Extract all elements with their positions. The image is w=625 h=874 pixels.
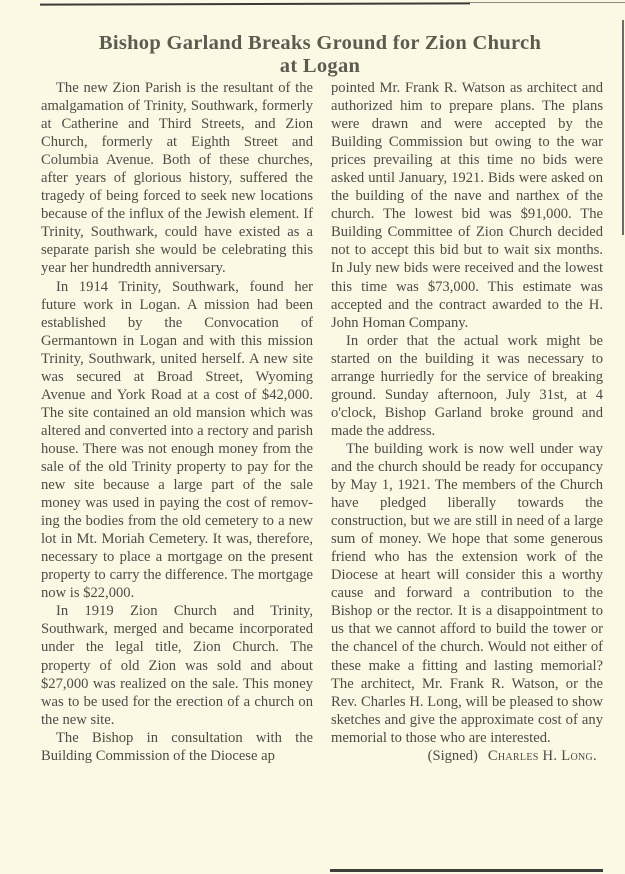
paragraph-breaking-ground: In order that the actual work might be s…	[331, 332, 603, 440]
top-rule	[40, 2, 470, 5]
signature-name: Charles H. Long.	[488, 748, 597, 764]
paragraph-1919-merger: In 1919 Zion Church and Trinity, Southwa…	[41, 602, 313, 728]
paragraph-building-progress: The building work is now well under way …	[331, 440, 603, 747]
paragraph-logan-mission: In 1914 Trinity, Southwark, found her fu…	[41, 278, 313, 603]
page-edge-line	[622, 20, 624, 235]
paragraph-architect-bids: pointed Mr. Frank R. Watson as archi­tec…	[331, 79, 603, 332]
signature: (Signed)Charles H. Long.	[331, 747, 603, 765]
signature-prefix: (Signed)	[428, 748, 478, 764]
left-column: The new Zion Parish is the resultant of …	[41, 79, 313, 765]
right-column: pointed Mr. Frank R. Watson as archi­tec…	[331, 79, 603, 765]
bottom-rule	[330, 869, 603, 872]
article-title-line-2: at Logan	[280, 55, 360, 77]
article-title: Bishop Garland Breaks Ground for Zion Ch…	[40, 32, 600, 78]
paragraph-parish-origin: The new Zion Parish is the resultant of …	[41, 79, 313, 278]
top-rule-tail	[470, 2, 625, 3]
article-title-line-1: Bishop Garland Breaks Ground for Zion Ch…	[99, 32, 541, 54]
paragraph-bishop-consultation: The Bishop in consultation with the Buil…	[41, 729, 313, 765]
